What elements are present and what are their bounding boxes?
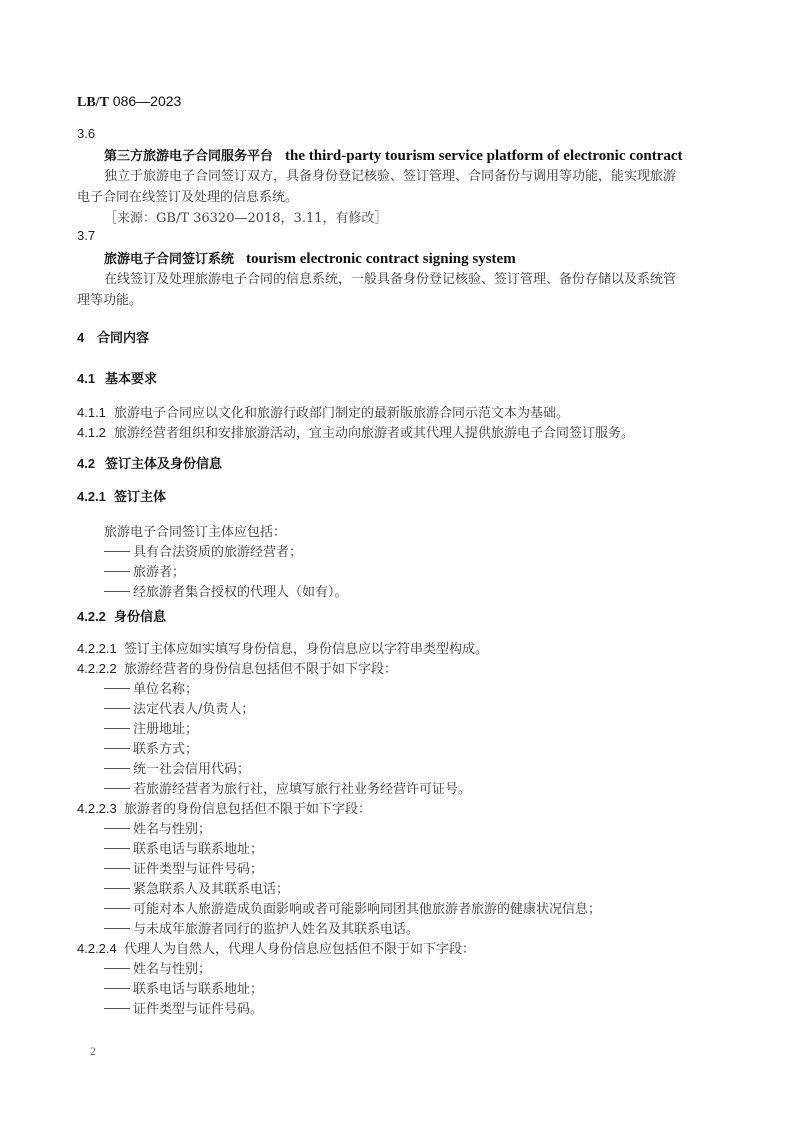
list-item: 旅游者； xyxy=(104,561,185,580)
list-item-text: 姓名与性别； xyxy=(133,822,211,837)
section-3-7-definition-line1: 在线签订及处理旅游电子合同的信息系统，一般具备身份登记核验、签订管理、备份存储以… xyxy=(104,268,676,287)
list-item-text: 与未成年旅游者同行的监护人姓名及其联系电话。 xyxy=(133,922,419,937)
section-3-6-term: 第三方旅游电子合同服务平台the third-party tourism ser… xyxy=(104,145,683,165)
section-number: 4.2 xyxy=(77,456,105,471)
list-item: 法定代表人/负责人； xyxy=(104,698,254,717)
list-item: 统一社会信用代码； xyxy=(104,758,250,777)
term-cn: 第三方旅游电子合同服务平台 xyxy=(104,149,273,164)
term-cn: 旅游电子合同签订系统 xyxy=(104,252,234,267)
list-item-text: 可能对本人旅游造成负面影响或者可能影响同团其他旅游者旅游的健康状况信息； xyxy=(133,902,601,917)
dash-bullet xyxy=(104,591,130,592)
list-item-text: 紧急联系人及其联系电话； xyxy=(133,882,289,897)
list-item: 单位名称； xyxy=(104,678,198,697)
clause-number: 4.2.2.1 xyxy=(77,641,124,656)
dash-bullet xyxy=(104,768,130,769)
list-item-text: 统一社会信用代码； xyxy=(133,762,250,777)
clause-number: 4.1.1 xyxy=(77,405,114,420)
section-3-6-definition-line1: 独立于旅游电子合同签订双方，具备身份登记核验、签订管理、合同备份与调用等功能，能… xyxy=(104,165,676,184)
list-item: 姓名与性别； xyxy=(104,958,211,977)
dash-bullet xyxy=(104,968,130,969)
clause-text: 旅游电子合同应以文化和旅游行政部门制定的最新版旅游合同示范文本为基础。 xyxy=(114,406,569,421)
list-item: 联系电话与联系地址； xyxy=(104,978,263,997)
section-title: 签订主体 xyxy=(114,490,166,505)
section-number: 4 xyxy=(77,330,97,345)
clause-4-1-1: 4.1.1旅游电子合同应以文化和旅游行政部门制定的最新版旅游合同示范文本为基础。 xyxy=(77,402,569,421)
clause-number: 4.1.2 xyxy=(77,425,114,440)
dash-bullet xyxy=(104,988,130,989)
section-4-2-2-heading: 4.2.2身份信息 xyxy=(77,606,166,625)
dash-bullet xyxy=(104,571,130,572)
section-4-heading: 4合同内容 xyxy=(77,327,149,346)
term-en: tourism electronic contract signing syst… xyxy=(246,251,516,267)
list-item-text: 经旅游者集合授权的代理人（如有）。 xyxy=(133,585,348,600)
clause-number: 4.2.2.4 xyxy=(77,941,124,956)
section-number: 4.2.1 xyxy=(77,489,114,504)
section-3-6-definition-line2: 电子合同在线签订及处理的信息系统。 xyxy=(77,186,298,205)
list-item-text: 联系电话与联系地址； xyxy=(133,842,263,857)
dash-bullet xyxy=(104,908,130,909)
dash-bullet xyxy=(104,551,130,552)
section-number: 4.1 xyxy=(77,371,105,386)
list-item: 联系方式； xyxy=(104,738,198,757)
list-item: 联系电话与联系地址； xyxy=(104,838,263,857)
section-4-2-1-intro: 旅游电子合同签订主体应包括： xyxy=(104,521,286,540)
document-page: LB/T 086—2023 3.6 第三方旅游电子合同服务平台the third… xyxy=(0,0,800,1130)
section-number: 4.2.2 xyxy=(77,609,114,624)
list-item: 与未成年旅游者同行的监护人姓名及其联系电话。 xyxy=(104,918,419,937)
clause-4-2-2-1: 4.2.2.1签订主体应如实填写身份信息，身份信息应以字符串类型构成。 xyxy=(77,638,488,657)
dash-bullet xyxy=(104,828,130,829)
list-item: 注册地址； xyxy=(104,718,198,737)
clause-4-2-2-2: 4.2.2.2旅游经营者的身份信息包括但不限于如下字段： xyxy=(77,658,397,677)
section-3-7-definition-line2: 理等功能。 xyxy=(77,289,142,308)
page-number: 2 xyxy=(90,1044,96,1059)
section-3-6-source: ［来源：GB/T 36320—2018，3.11，有修改］ xyxy=(104,207,388,226)
clause-4-2-2-4: 4.2.2.4代理人为自然人，代理人身份信息应包括但不限于如下字段： xyxy=(77,938,475,957)
section-title: 合同内容 xyxy=(97,331,149,346)
clause-text: 签订主体应如实填写身份信息，身份信息应以字符串类型构成。 xyxy=(124,642,488,657)
dash-bullet xyxy=(104,888,130,889)
clause-4-2-2-3: 4.2.2.3旅游者的身份信息包括但不限于如下字段： xyxy=(77,798,371,817)
dash-bullet xyxy=(104,868,130,869)
list-item-text: 姓名与性别； xyxy=(133,962,211,977)
section-3-6-number: 3.6 xyxy=(77,126,95,141)
list-item-text: 联系方式； xyxy=(133,742,198,757)
clause-text: 旅游经营者的身份信息包括但不限于如下字段： xyxy=(124,662,397,677)
list-item-text: 若旅游经营者为旅行社，应填写旅行社业务经营许可证号。 xyxy=(133,782,471,797)
dash-bullet xyxy=(104,688,130,689)
dash-bullet xyxy=(104,748,130,749)
list-item: 具有合法资质的旅游经营者； xyxy=(104,541,302,560)
section-4-2-heading: 4.2签订主体及身份信息 xyxy=(77,453,222,472)
clause-number: 4.2.2.2 xyxy=(77,661,124,676)
list-item: 证件类型与证件号码。 xyxy=(104,998,263,1017)
section-title: 基本要求 xyxy=(105,372,157,387)
list-item-text: 旅游者； xyxy=(133,565,185,580)
dash-bullet xyxy=(104,848,130,849)
list-item: 可能对本人旅游造成负面影响或者可能影响同团其他旅游者旅游的健康状况信息； xyxy=(104,898,601,917)
term-en: the third-party tourism service platform… xyxy=(285,148,683,164)
dash-bullet xyxy=(104,788,130,789)
clause-4-1-2: 4.1.2旅游经营者组织和安排旅游活动，宜主动向旅游者或其代理人提供旅游电子合同… xyxy=(77,422,634,441)
list-item-text: 证件类型与证件号码； xyxy=(133,862,263,877)
section-4-1-heading: 4.1基本要求 xyxy=(77,368,157,387)
list-item: 紧急联系人及其联系电话； xyxy=(104,878,289,897)
clause-text: 代理人为自然人，代理人身份信息应包括但不限于如下字段： xyxy=(124,942,475,957)
list-item: 证件类型与证件号码； xyxy=(104,858,263,877)
clause-text: 旅游经营者组织和安排旅游活动，宜主动向旅游者或其代理人提供旅游电子合同签订服务。 xyxy=(114,426,634,441)
section-3-7-number: 3.7 xyxy=(77,228,95,243)
list-item-text: 单位名称； xyxy=(133,682,198,697)
standard-number: 086—2023 xyxy=(113,93,182,109)
section-4-2-1-heading: 4.2.1签订主体 xyxy=(77,486,166,505)
section-title: 身份信息 xyxy=(114,610,166,625)
dash-bullet xyxy=(104,928,130,929)
section-title: 签订主体及身份信息 xyxy=(105,457,222,472)
list-item-text: 证件类型与证件号码。 xyxy=(133,1002,263,1017)
section-3-7-term: 旅游电子合同签订系统tourism electronic contract si… xyxy=(104,248,516,268)
standard-prefix: LB/T xyxy=(77,95,109,110)
list-item-text: 注册地址； xyxy=(133,722,198,737)
list-item: 姓名与性别； xyxy=(104,818,211,837)
dash-bullet xyxy=(104,708,130,709)
clause-text: 旅游者的身份信息包括但不限于如下字段： xyxy=(124,802,371,817)
list-item: 若旅游经营者为旅行社，应填写旅行社业务经营许可证号。 xyxy=(104,778,471,797)
list-item: 经旅游者集合授权的代理人（如有）。 xyxy=(104,581,348,600)
dash-bullet xyxy=(104,728,130,729)
list-item-text: 联系电话与联系地址； xyxy=(133,982,263,997)
standard-code: LB/T 086—2023 xyxy=(77,93,181,111)
clause-number: 4.2.2.3 xyxy=(77,801,124,816)
list-item-text: 法定代表人/负责人； xyxy=(133,702,254,717)
list-item-text: 具有合法资质的旅游经营者； xyxy=(133,545,302,560)
dash-bullet xyxy=(104,1008,130,1009)
